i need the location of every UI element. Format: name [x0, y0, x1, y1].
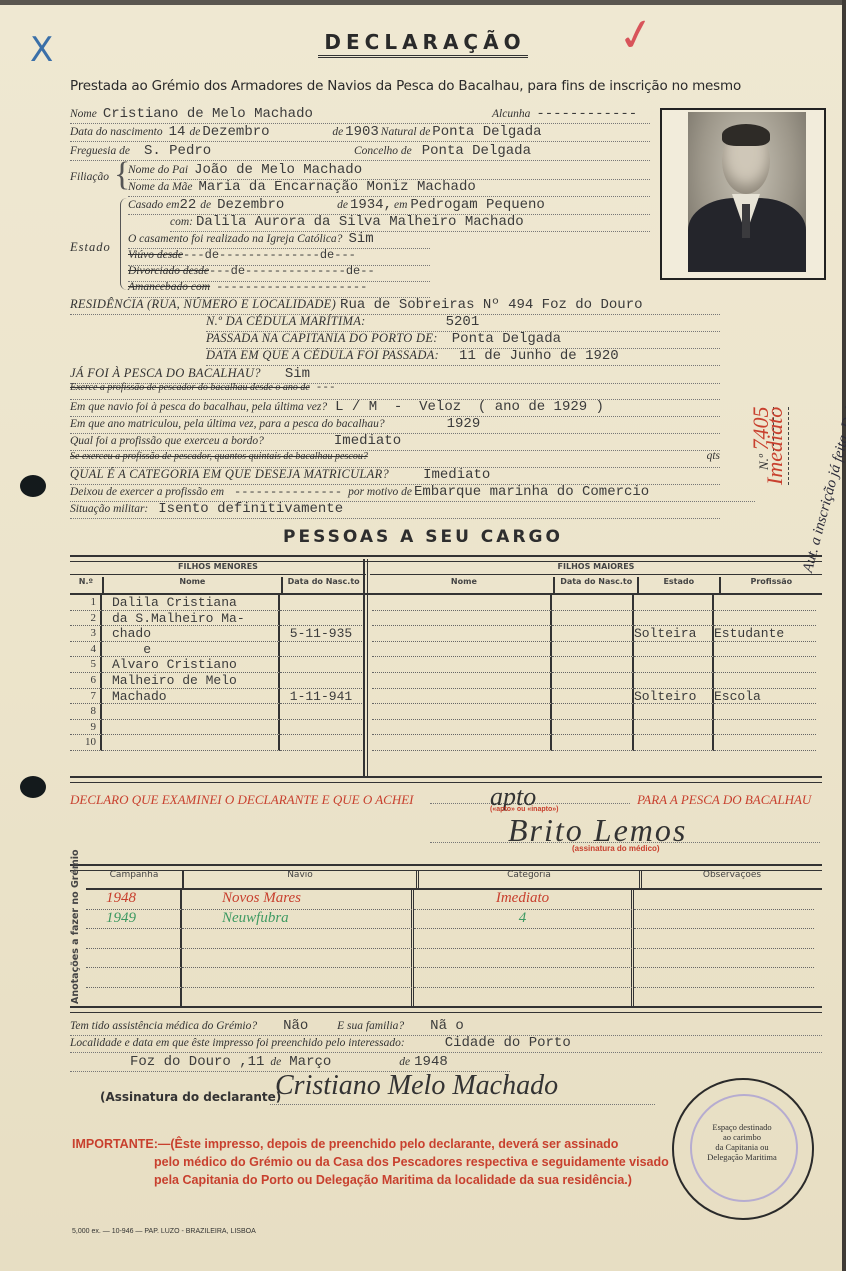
table-row [86, 968, 822, 988]
cell-m_data [552, 720, 634, 736]
cell-estado [634, 735, 714, 751]
cell-obs [634, 910, 814, 930]
cell-n: 5 [70, 657, 102, 673]
mae-value: Maria da Encarnação Moniz Machado [199, 179, 476, 195]
cell-obs [634, 890, 814, 910]
cell-obs [634, 929, 814, 949]
cell-nome: Malheiro de Melo [102, 673, 280, 689]
anotacoes-side-label: Anotações a fazer no Grémio [70, 849, 81, 1004]
freguesia-value: S. Pedro [144, 143, 354, 159]
cell-m_nome [372, 642, 552, 658]
nascimento-ano: 1903 [345, 124, 379, 140]
field-nascimento: Data do nascimento 14 de Dezembro de 190… [70, 124, 650, 142]
punch-hole-top [20, 475, 46, 497]
field-profissao-bordo: Qual foi a profissão que exerceu a bordo… [70, 433, 720, 451]
cell-n: 4 [70, 642, 102, 658]
anotacoes-table: Campanha Navio Categoria Observações 194… [86, 870, 822, 1007]
page-edge-right [842, 0, 846, 1271]
cell-m_nome [372, 657, 552, 673]
cell-m_data [552, 657, 634, 673]
cell-nome: Dalila Cristiana [102, 595, 280, 611]
field-ano-matricula: Em que ano matriculou, pela última vez, … [70, 416, 720, 434]
cell-categoria: 4 [414, 910, 634, 930]
cell-m_data [552, 689, 634, 705]
field-cedula: N.º DA CÉDULA MARÍTIMA: 5201 [206, 314, 720, 332]
cell-estado [634, 642, 714, 658]
header-filhos-menores: FILHOS MENORES [70, 562, 366, 571]
field-nome: Nome Cristiano de Melo Machado [70, 106, 490, 124]
table-row: 3chado5-11-935SolteiraEstudante [70, 626, 822, 642]
cell-estado [634, 673, 714, 689]
cell-m_data [552, 626, 634, 642]
page-edge-top [0, 0, 846, 5]
cell-n: 7 [70, 689, 102, 705]
cell-profissao [714, 642, 816, 658]
cell-profissao [714, 735, 816, 751]
natural-value: Ponta Delgada [432, 124, 541, 140]
estado-brace [120, 198, 127, 290]
field-exerce: Exerce a profissão de pescador do bacalh… [70, 382, 720, 400]
cell-data [280, 673, 362, 689]
cell-categoria [414, 968, 634, 988]
cell-m_nome [372, 704, 552, 720]
cell-n: 3 [70, 626, 102, 642]
cell-estado [634, 720, 714, 736]
cell-m_nome [372, 673, 552, 689]
pessoas-table: N.º Nome Data do Nasc.to Nome Data do Na… [70, 577, 822, 751]
field-data-cedula: DATA EM QUE A CÉDULA FOI PASSADA: 11 de … [206, 348, 720, 366]
stamp-text: Espaço destinadoao carimboda Capitania o… [682, 1122, 802, 1162]
field-casado: Casado em 22 de Dezembro de 1934, em Ped… [128, 197, 650, 215]
cell-obs [634, 968, 814, 988]
field-igreja: O casamento foi realizado na Igreja Cató… [128, 231, 430, 249]
field-pai: Nome do Pai João de Melo Machado [128, 162, 650, 180]
table-row: 10 [70, 735, 822, 751]
cell-data: 1-11-941 [280, 689, 362, 705]
table-row: 5Alvaro Cristiano [70, 657, 822, 673]
printer-imprint: 5,000 ex. — 10-946 — PAP. LUZO - BRAZILE… [72, 1228, 256, 1235]
filiacao-label: Filiação [70, 171, 109, 183]
cell-navio: Neuwfubra [182, 910, 414, 930]
cell-estado: Solteira [634, 626, 714, 642]
field-localidade: Localidade e data em que êste impresso f… [70, 1035, 822, 1053]
cell-campanha: 1948 [86, 890, 182, 910]
declarante-signature: Cristiano Melo Machado [275, 1070, 558, 1102]
table-row: 2da S.Malheiro Ma- [70, 611, 822, 627]
table-row: 4 e [70, 642, 822, 658]
cell-data: 5-11-935 [280, 626, 362, 642]
field-capitania: PASSADA NA CAPITANIA DO PORTO DE: Ponta … [206, 331, 720, 349]
field-militar: Situação militar: Isento definitivamente [70, 501, 720, 519]
cell-estado [634, 704, 714, 720]
cell-nome [102, 704, 280, 720]
cell-data [280, 611, 362, 627]
cell-profissao [714, 704, 816, 720]
cell-campanha [86, 929, 182, 949]
table-row [86, 988, 822, 1008]
table-row: 6Malheiro de Melo [70, 673, 822, 689]
cell-data [280, 720, 362, 736]
pai-value: João de Melo Machado [194, 162, 362, 178]
cell-data [280, 595, 362, 611]
cell-data [280, 735, 362, 751]
table-row: 9 [70, 720, 822, 736]
anotacoes-header-row: Campanha Navio Categoria Observações [86, 870, 822, 890]
cell-estado [634, 611, 714, 627]
field-freguesia: Freguesia de S. Pedro Concelho de Ponta … [70, 143, 650, 161]
section-title-pessoas: PESSOAS A SEU CARGO [0, 527, 846, 547]
cell-profissao [714, 657, 816, 673]
field-mae: Nome da Mãe Maria da Encarnação Moniz Ma… [128, 179, 650, 197]
importante-note: IMPORTANTE:—(Êste impresso, depois de pr… [72, 1135, 669, 1189]
cell-profissao: Escola [714, 689, 816, 705]
cell-obs [634, 949, 814, 969]
field-navio: Em que navio foi à pesca do bacalhau, pe… [70, 399, 720, 417]
cell-nome: Machado [102, 689, 280, 705]
declaro-label: DECLARO QUE EXAMINEI O DECLARANTE E QUE … [70, 792, 414, 808]
cell-categoria [414, 949, 634, 969]
cell-m_nome [372, 626, 552, 642]
cell-obs [634, 988, 814, 1008]
punch-hole-bottom [20, 776, 46, 798]
margin-categoria: Imediato [762, 407, 789, 485]
cell-m_data [552, 704, 634, 720]
cell-n: 8 [70, 704, 102, 720]
cell-nome: Alvaro Cristiano [102, 657, 280, 673]
field-conjuge: com: Dalila Aurora da Silva Malheiro Mac… [170, 214, 650, 232]
document-page: X ✓ DECLARAÇÃO Prestada ao Grémio dos Ar… [0, 0, 846, 1271]
cell-nome: da S.Malheiro Ma- [102, 611, 280, 627]
declarante-signature-label: (Assinatura do declarante) [100, 1090, 281, 1104]
cell-navio [182, 949, 414, 969]
cell-m_nome [372, 720, 552, 736]
field-residencia: RESIDÊNCIA (RUA, NÚMERO E LOCALIDADE) Ru… [70, 297, 720, 315]
estado-label: Estado [70, 240, 111, 255]
cell-m_nome [372, 611, 552, 627]
table-row: 1948Novos MaresImediato [86, 890, 822, 910]
medico-signature-label: (assinatura do médico) [572, 844, 660, 853]
cell-n: 1 [70, 595, 102, 611]
cell-profissao [714, 720, 816, 736]
cell-navio [182, 968, 414, 988]
cell-m_nome [372, 735, 552, 751]
table-row [86, 929, 822, 949]
table-bottom-border [70, 776, 822, 783]
cell-data [280, 642, 362, 658]
cell-n: 9 [70, 720, 102, 736]
cell-profissao [714, 611, 816, 627]
cell-data [280, 704, 362, 720]
para-pesca-label: PARA A PESCA DO BACALHAU [637, 792, 811, 808]
cell-profissao [714, 595, 816, 611]
cell-navio [182, 929, 414, 949]
cell-n: 6 [70, 673, 102, 689]
cell-profissao [714, 673, 816, 689]
cell-m_data [552, 595, 634, 611]
cell-profissao: Estudante [714, 626, 816, 642]
cell-m_nome [372, 595, 552, 611]
cell-data [280, 657, 362, 673]
cell-estado [634, 657, 714, 673]
cell-campanha [86, 968, 182, 988]
table-row [86, 949, 822, 969]
cell-estado [634, 595, 714, 611]
cell-campanha [86, 949, 182, 969]
table-row: 1949Neuwfubra4 [86, 910, 822, 930]
cell-campanha: 1949 [86, 910, 182, 930]
form-subtitle: Prestada ao Grémio dos Armadores de Navi… [70, 78, 741, 94]
page-title: DECLARAÇÃO [0, 30, 846, 54]
cell-navio: Novos Mares [182, 890, 414, 910]
cell-n: 10 [70, 735, 102, 751]
cell-categoria [414, 988, 634, 1008]
cell-navio [182, 988, 414, 1008]
nascimento-mes: Dezembro [202, 124, 332, 140]
table-row: 8 [70, 704, 822, 720]
concelho-value: Ponta Delgada [422, 143, 531, 159]
cell-n: 2 [70, 611, 102, 627]
cell-campanha [86, 988, 182, 1008]
header-filhos-maiores: FILHOS MAIORES [370, 562, 822, 571]
cell-nome: e [102, 642, 280, 658]
table-row: 7Machado1-11-941SolteiroEscola [70, 689, 822, 705]
nome-value: Cristiano de Melo Machado [103, 106, 313, 122]
field-categoria: QUAL É A CATEGORIA EM QUE DESEJA MATRICU… [70, 467, 720, 485]
table-top-border [70, 555, 822, 562]
table-row: 1Dalila Cristiana [70, 595, 822, 611]
cell-categoria: Imediato [414, 890, 634, 910]
field-alcunha: Alcunha ------------ [492, 106, 650, 124]
cell-m_data [552, 642, 634, 658]
cell-m_data [552, 673, 634, 689]
cell-m_data [552, 735, 634, 751]
cell-nome [102, 735, 280, 751]
field-amancebado: Amancebado com --------------------- [128, 280, 430, 298]
portrait-photo [688, 112, 806, 272]
cell-nome: chado [102, 626, 280, 642]
cell-estado: Solteiro [634, 689, 714, 705]
cell-categoria [414, 929, 634, 949]
alcunha-value: ------------ [536, 106, 637, 122]
field-assistencia: Tem tido assistência médica do Grémio? N… [70, 1018, 822, 1036]
field-deixou: Deixou de exercer a profissão em -------… [70, 484, 755, 502]
cell-nome [102, 720, 280, 736]
nascimento-dia: 14 [169, 124, 186, 140]
field-quintais: Se exerceu a profissão de pescador, quan… [70, 450, 720, 468]
pessoas-header-row: N.º Nome Data do Nasc.to Nome Data do Na… [70, 577, 822, 595]
cell-m_data [552, 611, 634, 627]
cell-m_nome [372, 689, 552, 705]
